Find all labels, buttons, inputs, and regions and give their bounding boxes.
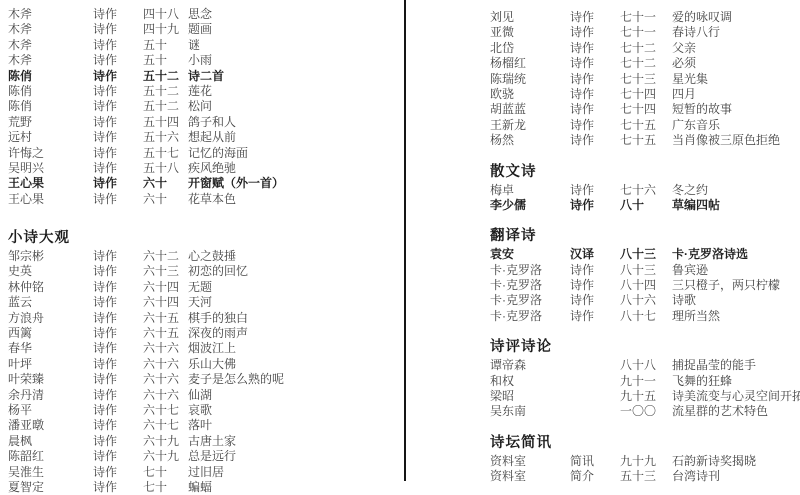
toc-row: 和权九十一飞舞的狂蜂 [490, 374, 796, 389]
title-cell: 台湾诗刊 [672, 469, 796, 484]
genre-cell: 诗作 [93, 341, 143, 356]
toc-row: 蓝云诗作六十四天河 [8, 295, 400, 310]
author-cell: 西篱 [8, 326, 93, 341]
toc-row: 邹宗彬诗作六十二心之鼓捶 [8, 249, 400, 264]
title-cell: 烟波江上 [188, 341, 400, 356]
genre-cell: 诗作 [93, 434, 143, 449]
genre-cell: 诗作 [570, 183, 620, 198]
toc-row: 木斧诗作五十谜 [8, 38, 400, 53]
author-cell: 蓝云 [8, 295, 93, 310]
title-cell: 冬之约 [672, 183, 796, 198]
title-cell: 小雨 [188, 53, 400, 68]
author-cell: 胡蓝蓝 [490, 102, 570, 117]
page-number-cell: 六十九 [143, 434, 188, 449]
title-cell: 必须 [672, 56, 796, 71]
title-cell: 四月 [672, 87, 796, 102]
title-cell: 想起从前 [188, 130, 400, 145]
author-cell: 北岱 [490, 41, 570, 56]
title-cell: 三只橙子，两只柠檬 [672, 278, 796, 293]
toc-row: 杨平诗作六十七哀歌 [8, 403, 400, 418]
toc-row: 杨然诗作七十五当肖像被三原色拒绝 [490, 133, 796, 148]
title-cell: 诗美流变与心灵空间开拓 [672, 389, 800, 404]
toc-row: 潘亚暾诗作六十七落叶 [8, 418, 400, 433]
toc-row: 木斧诗作四十八思念 [8, 7, 400, 22]
title-cell: 当肖像被三原色拒绝 [672, 133, 796, 148]
genre-cell: 诗作 [93, 146, 143, 161]
genre-cell: 诗作 [93, 69, 143, 84]
author-cell: 亚微 [490, 25, 570, 40]
toc-row: 资料室简介五十三台湾诗刊 [490, 469, 796, 484]
author-cell: 资料室 [490, 469, 570, 484]
author-cell: 梅卓 [490, 183, 570, 198]
page-number-cell: 六十六 [143, 372, 188, 387]
author-cell: 杨榴红 [490, 56, 570, 71]
genre-cell: 诗作 [570, 278, 620, 293]
genre-cell: 诗作 [93, 38, 143, 53]
genre-cell: 诗作 [93, 249, 143, 264]
title-cell: 广东音乐 [672, 118, 796, 133]
author-cell: 杨然 [490, 133, 570, 148]
section-header: 散文诗 [490, 164, 796, 180]
title-cell: 深夜的雨声 [188, 326, 400, 341]
toc-row: 卡·克罗洛诗作八十六诗歌 [490, 293, 796, 308]
author-cell: 和权 [490, 374, 570, 389]
page-number-cell: 六十六 [143, 341, 188, 356]
toc-row: 王心果诗作六十开窗赋（外一首） [8, 176, 400, 191]
genre-cell: 诗作 [570, 41, 620, 56]
title-cell: 爱的咏叹调 [672, 10, 796, 25]
page-number-cell: 五十 [143, 53, 188, 68]
title-cell: 父亲 [672, 41, 796, 56]
page-number-cell: 六十四 [143, 295, 188, 310]
page-number-cell: 五十三 [620, 469, 672, 484]
page-number-cell: 七十五 [620, 118, 672, 133]
title-cell: 心之鼓捶 [188, 249, 400, 264]
page-number-cell: 六十 [143, 192, 188, 207]
page-number-cell: 五十二 [143, 84, 188, 99]
page-number-cell: 六十五 [143, 311, 188, 326]
genre-cell: 诗作 [93, 115, 143, 130]
author-cell: 吴东南 [490, 404, 570, 419]
title-cell: 诗歌 [672, 293, 796, 308]
title-cell: 棋手的独白 [188, 311, 400, 326]
title-cell: 松问 [188, 99, 400, 114]
toc-row: 谭帝森八十八捕捉晶莹的能手 [490, 358, 796, 373]
toc-row: 西篱诗作六十五深夜的雨声 [8, 326, 400, 341]
genre-cell: 诗作 [93, 480, 143, 495]
title-cell: 哀歌 [188, 403, 400, 418]
genre-cell: 诗作 [570, 133, 620, 148]
toc-row: 陈俏诗作五十二莲花 [8, 84, 400, 99]
title-cell: 题画 [188, 22, 400, 37]
toc-row: 胡蓝蓝诗作七十四短暂的故事 [490, 102, 796, 117]
page-number-cell: 五十七 [143, 146, 188, 161]
page-number-cell: 八十六 [620, 293, 672, 308]
title-cell: 春诗八行 [672, 25, 796, 40]
author-cell: 王心果 [8, 192, 93, 207]
page-number-cell: 七十 [143, 480, 188, 495]
author-cell: 刘见 [490, 10, 570, 25]
genre-cell: 诗作 [93, 311, 143, 326]
author-cell: 木斧 [8, 22, 93, 37]
title-cell: 过旧居 [188, 465, 400, 480]
title-cell: 草编四帖 [672, 198, 796, 213]
toc-row: 史英诗作六十三初恋的回忆 [8, 264, 400, 279]
toc-row: 木斧诗作五十小雨 [8, 53, 400, 68]
author-cell: 史英 [8, 264, 93, 279]
column-divider-line [404, 0, 406, 481]
page-number-cell: 八十八 [620, 358, 672, 373]
genre-cell: 诗作 [570, 56, 620, 71]
title-cell: 无题 [188, 280, 400, 295]
title-cell: 疾风绝驰 [188, 161, 400, 176]
genre-cell: 诗作 [93, 295, 143, 310]
title-cell: 花草本色 [188, 192, 400, 207]
author-cell: 林仲铭 [8, 280, 93, 295]
toc-row: 杨榴红诗作七十二必须 [490, 56, 796, 71]
toc-row: 李少儒诗作八十草编四帖 [490, 198, 796, 213]
genre-cell: 诗作 [570, 25, 620, 40]
author-cell: 资料室 [490, 454, 570, 469]
title-cell: 记忆的海面 [188, 146, 400, 161]
title-cell: 捕捉晶莹的能手 [672, 358, 796, 373]
page-number-cell: 五十六 [143, 130, 188, 145]
toc-row: 王心果诗作六十花草本色 [8, 192, 400, 207]
toc-row: 叶荣臻诗作六十六麦子是怎么熟的呢 [8, 372, 400, 387]
toc-row: 荒野诗作五十四鸽子和人 [8, 115, 400, 130]
author-cell: 木斧 [8, 53, 93, 68]
title-cell: 莲花 [188, 84, 400, 99]
genre-cell: 诗作 [570, 87, 620, 102]
page-number-cell: 六十四 [143, 280, 188, 295]
author-cell: 李少儒 [490, 198, 570, 213]
title-cell: 石韵新诗奖揭晓 [672, 454, 796, 469]
toc-row: 吴明兴诗作五十八疾风绝驰 [8, 161, 400, 176]
page-number-cell: 九十五 [620, 389, 672, 404]
toc-row: 刘见诗作七十一爱的咏叹调 [490, 10, 796, 25]
page-number-cell: 九十九 [620, 454, 672, 469]
author-cell: 许悔之 [8, 146, 93, 161]
section-header: 诗评诗论 [490, 339, 796, 355]
page-number-cell: 七十四 [620, 87, 672, 102]
page-number-cell: 四十九 [143, 22, 188, 37]
page-number-cell: 五十四 [143, 115, 188, 130]
page-number-cell: 七十三 [620, 72, 672, 87]
author-cell: 卡·克罗洛 [490, 263, 570, 278]
genre-cell: 汉译 [570, 247, 620, 262]
title-cell: 理所当然 [672, 309, 796, 324]
toc-row: 亚微诗作七十一春诗八行 [490, 25, 796, 40]
toc-row: 春华诗作六十六烟波江上 [8, 341, 400, 356]
toc-row: 袁安汉译八十三卡·克罗洛诗选 [490, 247, 796, 262]
genre-cell: 诗作 [570, 263, 620, 278]
page-number-cell: 七十四 [620, 102, 672, 117]
toc-row: 叶坪诗作六十六乐山大佛 [8, 357, 400, 372]
page-number-cell: 四十八 [143, 7, 188, 22]
author-cell: 远村 [8, 130, 93, 145]
genre-cell: 诗作 [93, 403, 143, 418]
author-cell: 杨平 [8, 403, 93, 418]
page-number-cell: 九十一 [620, 374, 672, 389]
genre-cell: 诗作 [93, 418, 143, 433]
page-number-cell: 七十二 [620, 56, 672, 71]
page-number-cell: 七十一 [620, 10, 672, 25]
page-number-cell: 五十八 [143, 161, 188, 176]
toc-row: 欧骁诗作七十四四月 [490, 87, 796, 102]
toc-row: 远村诗作五十六想起从前 [8, 130, 400, 145]
author-cell: 木斧 [8, 38, 93, 53]
genre-cell: 诗作 [570, 10, 620, 25]
genre-cell: 诗作 [93, 264, 143, 279]
toc-row: 卡·克罗洛诗作八十四三只橙子，两只柠檬 [490, 278, 796, 293]
author-cell: 袁安 [490, 247, 570, 262]
genre-cell: 诗作 [93, 84, 143, 99]
section-header: 小诗大观 [8, 230, 400, 246]
title-cell: 谜 [188, 38, 400, 53]
page-number-cell: 五十二 [143, 99, 188, 114]
page-number-cell: 七十 [143, 465, 188, 480]
page-number-cell: 六十九 [143, 449, 188, 464]
toc-row: 资料室简讯九十九石韵新诗奖揭晓 [490, 454, 796, 469]
author-cell: 陈瑞统 [490, 72, 570, 87]
page-number-cell: 六十二 [143, 249, 188, 264]
genre-cell: 诗作 [570, 72, 620, 87]
title-cell: 仙湖 [188, 388, 400, 403]
author-cell: 卡·克罗洛 [490, 278, 570, 293]
page-number-cell: 八十四 [620, 278, 672, 293]
author-cell: 叶坪 [8, 357, 93, 372]
toc-row: 陈俏诗作五十二松问 [8, 99, 400, 114]
section-header: 翻译诗 [490, 228, 796, 244]
genre-cell: 诗作 [93, 465, 143, 480]
page-number-cell: 六十七 [143, 418, 188, 433]
genre-cell: 诗作 [93, 130, 143, 145]
author-cell: 晨枫 [8, 434, 93, 449]
page-number-cell: 六十三 [143, 264, 188, 279]
author-cell: 陈俏 [8, 84, 93, 99]
toc-row: 吴东南一〇〇流星群的艺术特色 [490, 404, 796, 419]
title-cell: 蝙蝠 [188, 480, 400, 495]
genre-cell: 诗作 [570, 102, 620, 117]
toc-column-right: 刘见诗作七十一爱的咏叹调亚微诗作七十一春诗八行北岱诗作七十二父亲杨榴红诗作七十二… [490, 10, 796, 485]
genre-cell: 诗作 [93, 372, 143, 387]
page-number-cell: 五十二 [143, 69, 188, 84]
author-cell: 夏智定 [8, 480, 93, 495]
toc-row: 王新龙诗作七十五广东音乐 [490, 118, 796, 133]
author-cell: 潘亚暾 [8, 418, 93, 433]
page-number-cell: 五十 [143, 38, 188, 53]
toc-row: 许悔之诗作五十七记忆的海面 [8, 146, 400, 161]
genre-cell: 诗作 [93, 176, 143, 191]
genre-cell: 诗作 [570, 118, 620, 133]
title-cell: 短暂的故事 [672, 102, 796, 117]
genre-cell: 诗作 [570, 309, 620, 324]
title-cell: 鸽子和人 [188, 115, 400, 130]
section-header: 诗坛简讯 [490, 435, 796, 451]
toc-column-left: 木斧诗作四十八思念木斧诗作四十九题画木斧诗作五十谜木斧诗作五十小雨陈俏诗作五十二… [8, 7, 400, 495]
genre-cell: 诗作 [93, 53, 143, 68]
genre-cell: 诗作 [93, 357, 143, 372]
title-cell: 星光集 [672, 72, 796, 87]
title-cell: 卡·克罗洛诗选 [672, 247, 796, 262]
author-cell: 陈韶红 [8, 449, 93, 464]
genre-cell: 诗作 [93, 388, 143, 403]
toc-row: 陈瑞统诗作七十三星光集 [490, 72, 796, 87]
author-cell: 欧骁 [490, 87, 570, 102]
genre-cell: 诗作 [93, 449, 143, 464]
genre-cell: 简介 [570, 469, 620, 484]
author-cell: 吴明兴 [8, 161, 93, 176]
toc-row: 晨枫诗作六十九古唐土家 [8, 434, 400, 449]
title-cell: 落叶 [188, 418, 400, 433]
toc-row: 卡·克罗洛诗作八十三鲁宾逊 [490, 263, 796, 278]
title-cell: 初恋的回忆 [188, 264, 400, 279]
author-cell: 王心果 [8, 176, 93, 191]
page-number-cell: 六十六 [143, 388, 188, 403]
genre-cell: 简讯 [570, 454, 620, 469]
author-cell: 春华 [8, 341, 93, 356]
author-cell: 谭帝森 [490, 358, 570, 373]
author-cell: 吴淮生 [8, 465, 93, 480]
page-number-cell: 一〇〇 [620, 404, 672, 419]
page-number-cell: 七十六 [620, 183, 672, 198]
title-cell: 总是远行 [188, 449, 400, 464]
author-cell: 陈俏 [8, 99, 93, 114]
author-cell: 王新龙 [490, 118, 570, 133]
toc-row: 陈俏诗作五十二诗二首 [8, 69, 400, 84]
title-cell: 麦子是怎么熟的呢 [188, 372, 400, 387]
genre-cell: 诗作 [93, 161, 143, 176]
toc-row: 梁昭九十五诗美流变与心灵空间开拓 [490, 389, 796, 404]
author-cell: 梁昭 [490, 389, 570, 404]
page-number-cell: 八十七 [620, 309, 672, 324]
genre-cell: 诗作 [93, 192, 143, 207]
title-cell: 飞舞的狂蜂 [672, 374, 796, 389]
title-cell: 诗二首 [188, 69, 400, 84]
author-cell: 余丹清 [8, 388, 93, 403]
page-number-cell: 六十五 [143, 326, 188, 341]
page-number-cell: 六十七 [143, 403, 188, 418]
genre-cell: 诗作 [93, 280, 143, 295]
genre-cell: 诗作 [93, 22, 143, 37]
author-cell: 陈俏 [8, 69, 93, 84]
toc-row: 余丹清诗作六十六仙湖 [8, 388, 400, 403]
title-cell: 思念 [188, 7, 400, 22]
title-cell: 天河 [188, 295, 400, 310]
toc-row: 林仲铭诗作六十四无题 [8, 280, 400, 295]
title-cell: 乐山大佛 [188, 357, 400, 372]
page-number-cell: 六十 [143, 176, 188, 191]
toc-row: 方浪舟诗作六十五棋手的独白 [8, 311, 400, 326]
page-number-cell: 八十三 [620, 247, 672, 262]
author-cell: 叶荣臻 [8, 372, 93, 387]
page-number-cell: 八十 [620, 198, 672, 213]
author-cell: 邹宗彬 [8, 249, 93, 264]
author-cell: 卡·克罗洛 [490, 309, 570, 324]
genre-cell: 诗作 [93, 7, 143, 22]
toc-row: 北岱诗作七十二父亲 [490, 41, 796, 56]
genre-cell: 诗作 [570, 293, 620, 308]
author-cell: 方浪舟 [8, 311, 93, 326]
title-cell: 鲁宾逊 [672, 263, 796, 278]
genre-cell: 诗作 [570, 198, 620, 213]
page-number-cell: 八十三 [620, 263, 672, 278]
author-cell: 卡·克罗洛 [490, 293, 570, 308]
page-number-cell: 七十五 [620, 133, 672, 148]
toc-row: 陈韶红诗作六十九总是远行 [8, 449, 400, 464]
page-number-cell: 七十一 [620, 25, 672, 40]
toc-row: 卡·克罗洛诗作八十七理所当然 [490, 309, 796, 324]
genre-cell: 诗作 [93, 326, 143, 341]
author-cell: 荒野 [8, 115, 93, 130]
toc-row: 梅卓诗作七十六冬之约 [490, 183, 796, 198]
page-number-cell: 六十六 [143, 357, 188, 372]
title-cell: 开窗赋（外一首） [188, 176, 400, 191]
toc-row: 吴淮生诗作七十过旧居 [8, 465, 400, 480]
title-cell: 古唐土家 [188, 434, 400, 449]
author-cell: 木斧 [8, 7, 93, 22]
page-number-cell: 七十二 [620, 41, 672, 56]
genre-cell: 诗作 [93, 99, 143, 114]
toc-row: 木斧诗作四十九题画 [8, 22, 400, 37]
title-cell: 流星群的艺术特色 [672, 404, 796, 419]
toc-row: 夏智定诗作七十蝙蝠 [8, 480, 400, 495]
